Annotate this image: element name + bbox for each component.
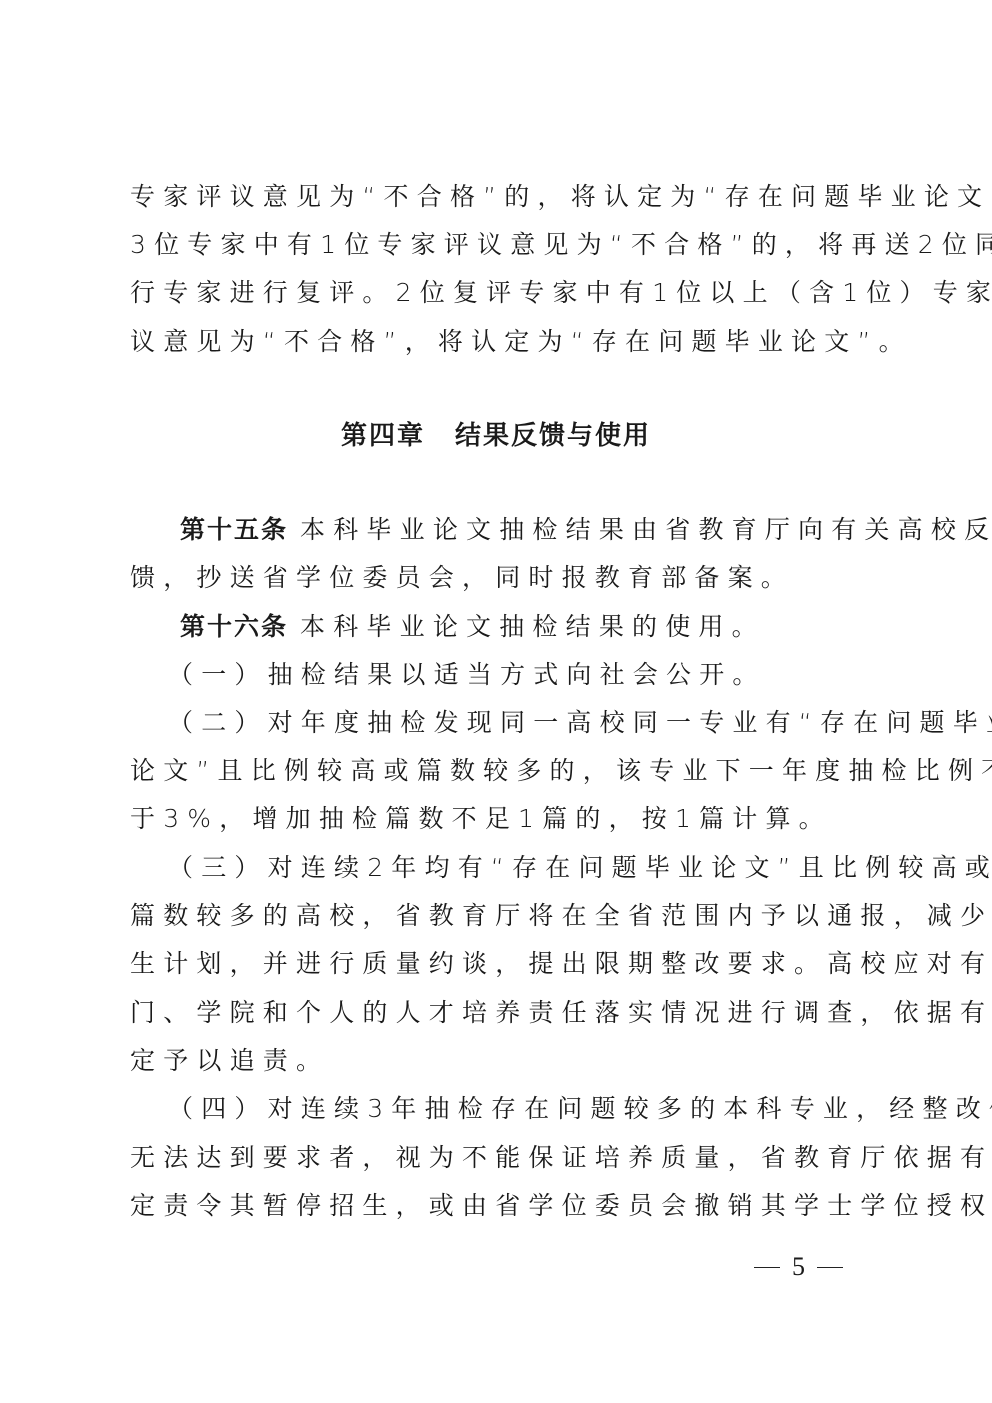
dash-right: [817, 1267, 843, 1268]
paragraph-line: 3位专家中有1位专家评议意见为“不合格”的，将再送2位同: [130, 229, 870, 261]
item-line: 无法达到要求者，视为不能保证培养质量，省教育厅依据有关规: [130, 1142, 870, 1174]
document-page: 专家评议意见为“不合格”的，将认定为“存在问题毕业论文”。 3位专家中有1位专家…: [0, 0, 992, 1403]
item-line: 论文”且比例较高或篇数较多的，该专业下一年度抽检比例不低: [130, 755, 870, 787]
paragraph-line: 行专家进行复评。2位复评专家中有1位以上（含1位）专家评: [130, 277, 870, 309]
item-line: （四）对连续3年抽检存在问题较多的本科专业，经整改仍: [168, 1093, 908, 1125]
item-line: 定责令其暂停招生，或由省学位委员会撤销其学士学位授权点。: [130, 1190, 870, 1222]
article-15-line: 馈，抄送省学位委员会，同时报教育部备案。: [130, 562, 870, 594]
page-number: 5: [742, 1252, 855, 1282]
page-number-value: 5: [792, 1252, 805, 1281]
chapter-number: 第四章: [341, 421, 425, 451]
article-15-line: 第十五条本科毕业论文抽检结果由省教育厅向有关高校反: [180, 514, 870, 546]
item-line: 定予以追责。: [130, 1045, 870, 1077]
item-line: （三）对连续2年均有“存在问题毕业论文”且比例较高或: [168, 852, 908, 884]
item-line: 生计划，并进行质量约谈，提出限期整改要求。高校应对有关部: [130, 948, 870, 980]
dash-left: [754, 1267, 780, 1268]
item-line: （一）抽检结果以适当方式向社会公开。: [168, 659, 908, 691]
paragraph-line: 议意见为“不合格”，将认定为“存在问题毕业论文”。: [130, 326, 870, 358]
paragraph-line: 专家评议意见为“不合格”的，将认定为“存在问题毕业论文”。: [130, 181, 870, 213]
article-text: 本科毕业论文抽检结果由省教育厅向有关高校反: [300, 515, 992, 544]
article-16-line: 第十六条本科毕业论文抽检结果的使用。: [180, 611, 870, 643]
item-line: 于3%，增加抽检篇数不足1篇的，按1篇计算。: [130, 803, 870, 835]
item-line: （二）对年度抽检发现同一高校同一专业有“存在问题毕业: [168, 707, 908, 739]
article-label: 第十五条: [180, 515, 288, 544]
chapter-heading: 第四章结果反馈与使用: [0, 419, 992, 453]
chapter-title: 结果反馈与使用: [455, 421, 651, 451]
article-text: 本科毕业论文抽检结果的使用。: [300, 612, 765, 641]
item-line: 篇数较多的高校，省教育厅将在全省范围内予以通报，减少其招: [130, 900, 870, 932]
article-label: 第十六条: [180, 612, 288, 641]
item-line: 门、学院和个人的人才培养责任落实情况进行调查，依据有关规: [130, 997, 870, 1029]
